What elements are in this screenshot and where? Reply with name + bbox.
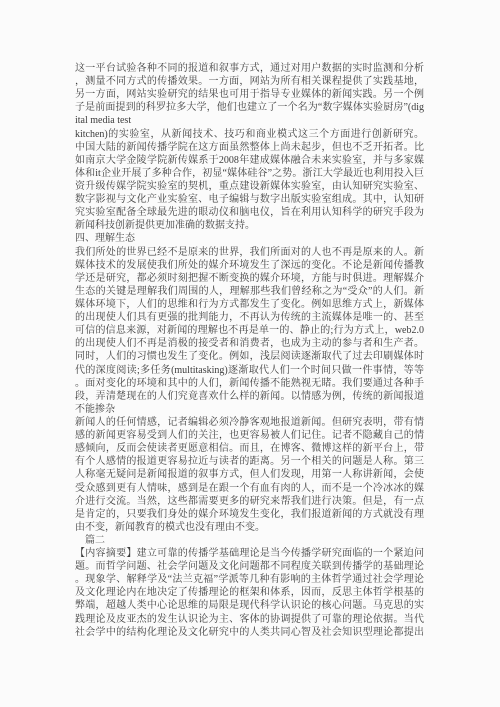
text-line: 。现象学、解释学及“法兰克福”学派等几种有影响的主体哲学通过社会学理论 xyxy=(75,573,424,586)
text-line: 我们所处的世界已经不是原来的世界，我们所面对的人也不再是原来的人。新 xyxy=(75,246,424,259)
text-line: 子是前面提到的科罗拉多大学，他们也建立了一个名为“数字媒体实验厨房”(dig xyxy=(75,101,424,114)
text-line: 有个人感情的报道更容易拉近与读者的距离。另一个相关的问题是人称。第三 xyxy=(75,455,424,468)
text-line: 弊端，超越人类中心论思维的局限是现代科学认识论的核心问题。马克思的实 xyxy=(75,599,424,612)
text-line: 。面对变化的环境和其中的人们，新闻传播不能熟视无睹。我们要通过各种手 xyxy=(75,377,424,390)
text-line: 篇二 xyxy=(75,534,424,547)
text-line: 资升级传媒学院实验室的契机，重点建设新媒体实验室，由认知研究实验室、 xyxy=(75,180,424,193)
text-line: 学还是研究，都必须时刻把握不断变换的媒介环境，方能与时俱进。理解媒介 xyxy=(75,272,424,285)
text-line: 同时，人们的习惯也发生了变化。例如，浅层阅读逐渐取代了过去印刷媒体时 xyxy=(75,350,424,363)
text-line: 受众感到更有人情味，感到是在跟一个有血有肉的人，而不是一个冷冰冰的媒 xyxy=(75,482,424,495)
text-line: 可信的信息来源，对新闻的理解也不再是单一的、静止的;行为方式上，web2.0 xyxy=(75,324,424,337)
text-line: 中国大陆的新闻传播学院在这方面虽然整体上尚未起步，但也不乏开拓者。比 xyxy=(75,141,424,154)
text-line: 段，弄清楚现在的人们究竟喜欢什么样的新闻。以情感为例，传统的新闻报道 xyxy=(75,390,424,403)
text-line: 媒体环境下，人们的思维和行为方式都发生了变化。例如思维方式上，新媒体 xyxy=(75,298,424,311)
text-line: 【内容摘要】建立可靠的传播学基础理论是当今传播学研究面临的一个紧迫问 xyxy=(75,547,424,560)
text-line: 新闻科技创新提供更加准确的数据支持。 xyxy=(75,219,424,232)
text-line: ，测量不同方式的传播效果。一方面，网站为所有相关课程提供了实践基地， xyxy=(75,75,424,88)
text-line: 如南京大学金陵学院新传媒系于2008年建成媒体融合未来实验室，并与多家媒 xyxy=(75,154,424,167)
text-line: 另一方面，网站实验研究的结果也可用于指导专业媒体的新闻实践。另一个例 xyxy=(75,88,424,101)
text-line: 的出现使人们不再是消极的接受者和消费者，也成为主动的参与者和生产者。 xyxy=(75,337,424,350)
document-page: 这一平台试验各种不同的报道和叙事方式，通过对用户数据的实时监测和分析，测量不同方… xyxy=(0,0,500,707)
text-line: 这一平台试验各种不同的报道和叙事方式，通过对用户数据的实时监测和分析 xyxy=(75,62,424,75)
text-line: 究实验室配备全球最先进的眼动仪和脑电仪，旨在利用认知科学的研究手段为 xyxy=(75,206,424,219)
text-line: 社会学中的结构化理论及文化研究中的人类共同心智及社会知识型理论都提出 xyxy=(75,626,424,639)
text-line: 代的深度阅读;多任务(multitasking)逐渐取代人们一个时间只做一件事情… xyxy=(75,364,424,377)
text-line: 媒体技术的发展使我们所处的媒介环境发生了深远的变化。不论是新闻传播教 xyxy=(75,259,424,272)
text-line: 的出现使人们具有更强的批判能力，不再认为传统的主流媒体是唯一的、甚至 xyxy=(75,311,424,324)
text-line: 四、理解生态 xyxy=(75,232,424,245)
text-line: 新闻人的任何情感，记者编辑必须冷静客观地报道新闻。但研究表明，带有情 xyxy=(75,416,424,429)
text-line: 体和it企业开展了多种合作，初显“媒体硅谷”之势。浙江大学最近也利用投入巨 xyxy=(75,167,424,180)
text-line: 生态的关键是理解我们周围的人，理解那些我们曾经称之为“受众”的人们。新 xyxy=(75,285,424,298)
text-line: ital media test xyxy=(75,114,424,127)
document-text: 这一平台试验各种不同的报道和叙事方式，通过对用户数据的实时监测和分析，测量不同方… xyxy=(75,62,424,639)
text-line: 题。而哲学问题、社会学问题及文化问题都不同程度关联到传播学的基础理论 xyxy=(75,560,424,573)
text-line: 介进行交流。当然，这些都需要更多的研究来帮我们进行决策。但是，有一点 xyxy=(75,495,424,508)
text-line: 践理论及皮亚杰的发生认识论为主、客体的协调提供了可靠的理论依据。当代 xyxy=(75,613,424,626)
text-line: 感的新闻更容易受到人们的关注，也更容易被人们记住。记者不隐藏自己的情 xyxy=(75,429,424,442)
text-line: 感倾向，反而会使读者更愿意相信。而且，在博客、微博这样的新平台上，带 xyxy=(75,442,424,455)
text-line: 由不变，新闻教育的模式也没有理由不变。 xyxy=(75,521,424,534)
text-line: 人称毫无疑问是新闻报道的叙事方式，但人们发现，用第一人称讲新闻，会使 xyxy=(75,468,424,481)
text-line: 及文化理论内在地决定了传播理论的框架和体系，因而，反思主体哲学根基的 xyxy=(75,586,424,599)
text-line: 是肯定的，只要我们身处的媒介环境发生变化，我们报道新闻的方式就没有理 xyxy=(75,508,424,521)
text-line: kitchen)的实验室，从新闻技术、技巧和商业模式这三个方面进行创新研究。 xyxy=(75,128,424,141)
text-line: 数字影视与文化产业实验室、电子编辑与数字出版实验室组成。其中，认知研 xyxy=(75,193,424,206)
text-line: 不能掺杂 xyxy=(75,403,424,416)
